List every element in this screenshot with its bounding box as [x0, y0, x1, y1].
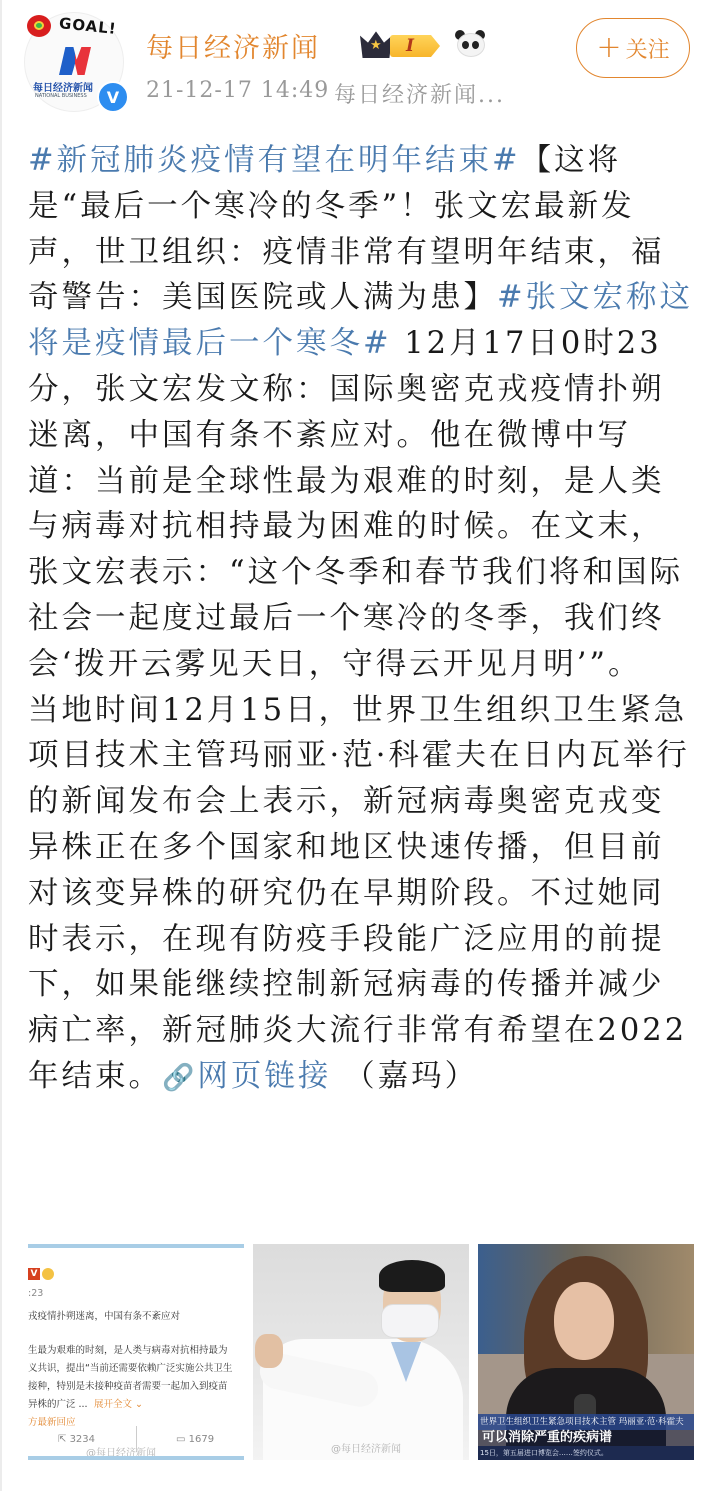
photo-face	[554, 1282, 614, 1360]
web-link[interactable]: 🔗网页链接	[162, 1059, 331, 1094]
follow-label: 关注	[626, 33, 670, 64]
screenshot-line: 异株的广泛 ...	[28, 1396, 88, 1410]
photo-hair	[379, 1260, 445, 1292]
screenshot-line: 生最为艰难的时刻，是人类与病毒对抗相持最为	[28, 1342, 228, 1356]
photo-mask	[381, 1304, 439, 1338]
image-grid: V :23 戎疫情扑朔迷离，中国有条不紊应对 生最为艰难的时刻，是人类与病毒对抗…	[28, 1244, 696, 1460]
image-thumbnail-1[interactable]: V :23 戎疫情扑朔迷离，中国有条不紊应对 生最为艰难的时刻，是人类与病毒对抗…	[28, 1244, 244, 1460]
image-thumbnail-3[interactable]: 世界卫生组织卫生紧急项目技术主管 玛丽亚·范·科霍夫 可以消除严重的疾病谱 15…	[478, 1244, 694, 1460]
avatar[interactable]: GOAL! 每日经济新闻 NATIONAL BUSINESS V	[24, 12, 124, 112]
flower-sticker-icon	[27, 15, 51, 37]
avatar-logo-text: 每日经济新闻	[33, 79, 93, 94]
gold-badge-icon	[42, 1268, 54, 1280]
expand-label: 展开全文 ⌄	[94, 1396, 143, 1410]
post-author: （嘉玛）	[331, 1059, 478, 1094]
plus-icon: +	[596, 33, 621, 63]
panda-icon[interactable]	[455, 28, 485, 58]
left-edge	[0, 0, 2, 1491]
hashtag-link[interactable]: #新冠肺炎疫情有望在明年结束#	[28, 143, 521, 178]
photo-hand	[255, 1334, 283, 1368]
avatar-logo-subtext: NATIONAL BUSINESS	[35, 93, 87, 99]
username[interactable]: 每日经济新闻	[146, 26, 320, 65]
verified-icon: V	[97, 81, 129, 113]
screenshot-time: :23	[28, 1288, 43, 1299]
member-badge[interactable]: I	[360, 28, 446, 62]
reply-label: 方最新回应	[28, 1414, 76, 1428]
v-badge-icon: V	[28, 1268, 40, 1280]
divider	[28, 1244, 244, 1248]
follow-button[interactable]: + 关注	[576, 18, 690, 78]
post-text: 当地时间12月15日，世界卫生组织卫生紧急项目技术主管玛丽亚·范·科霍夫在日内瓦…	[28, 693, 690, 1094]
comment-count: ▭ 1679	[176, 1434, 214, 1445]
watermark: @每日经济新闻	[331, 1440, 401, 1455]
link-icon: 🔗	[162, 1063, 197, 1093]
post-timestamp: 21-12-17 14:49	[146, 78, 329, 103]
video-caption-name: 世界卫生组织卫生紧急项目技术主管 玛丽亚·范·科霍夫	[478, 1414, 694, 1430]
member-level: I	[390, 35, 440, 57]
image-thumbnail-2[interactable]: @每日经济新闻	[253, 1244, 469, 1460]
video-caption-ticker: 15日，第五届进口博览会……签约仪式。	[478, 1446, 694, 1460]
post-source: 每日经济新闻...	[334, 78, 505, 109]
post-header: GOAL! 每日经济新闻 NATIONAL BUSINESS V 每日经济新闻 …	[0, 0, 720, 120]
video-caption-main: 可以消除严重的疾病谱	[478, 1430, 694, 1446]
screenshot-line: 接种，特别是未接种疫苗者需要一起加入到疫苗	[28, 1378, 228, 1392]
screenshot-line: 戎疫情扑朔迷离，中国有条不紊应对	[28, 1308, 180, 1322]
web-link-label: 网页链接	[197, 1059, 331, 1094]
nbd-logo-icon	[59, 47, 91, 75]
panda-eye	[462, 41, 469, 49]
screenshot-line: 义共识，提出“当前还需要依赖广泛实施公共卫生	[28, 1360, 232, 1374]
post-text: 12月17日0时23分，张文宏发文称：国际奥密克戎疫情扑朔迷离，中国有条不紊应对…	[28, 326, 683, 682]
crown-icon	[360, 30, 392, 58]
divider	[28, 1456, 244, 1460]
goal-sticker: GOAL!	[58, 14, 117, 38]
post-body: #新冠肺炎疫情有望在明年结束#【这将是“最后一个寒冷的冬季”！张文宏最新发声，世…	[28, 138, 696, 1102]
paragraph-1: #新冠肺炎疫情有望在明年结束#【这将是“最后一个寒冷的冬季”！张文宏最新发声，世…	[28, 138, 696, 688]
paragraph-2: 当地时间12月15日，世界卫生组织卫生紧急项目技术主管玛丽亚·范·科霍夫在日内瓦…	[28, 688, 696, 1102]
panda-eye	[472, 41, 479, 49]
